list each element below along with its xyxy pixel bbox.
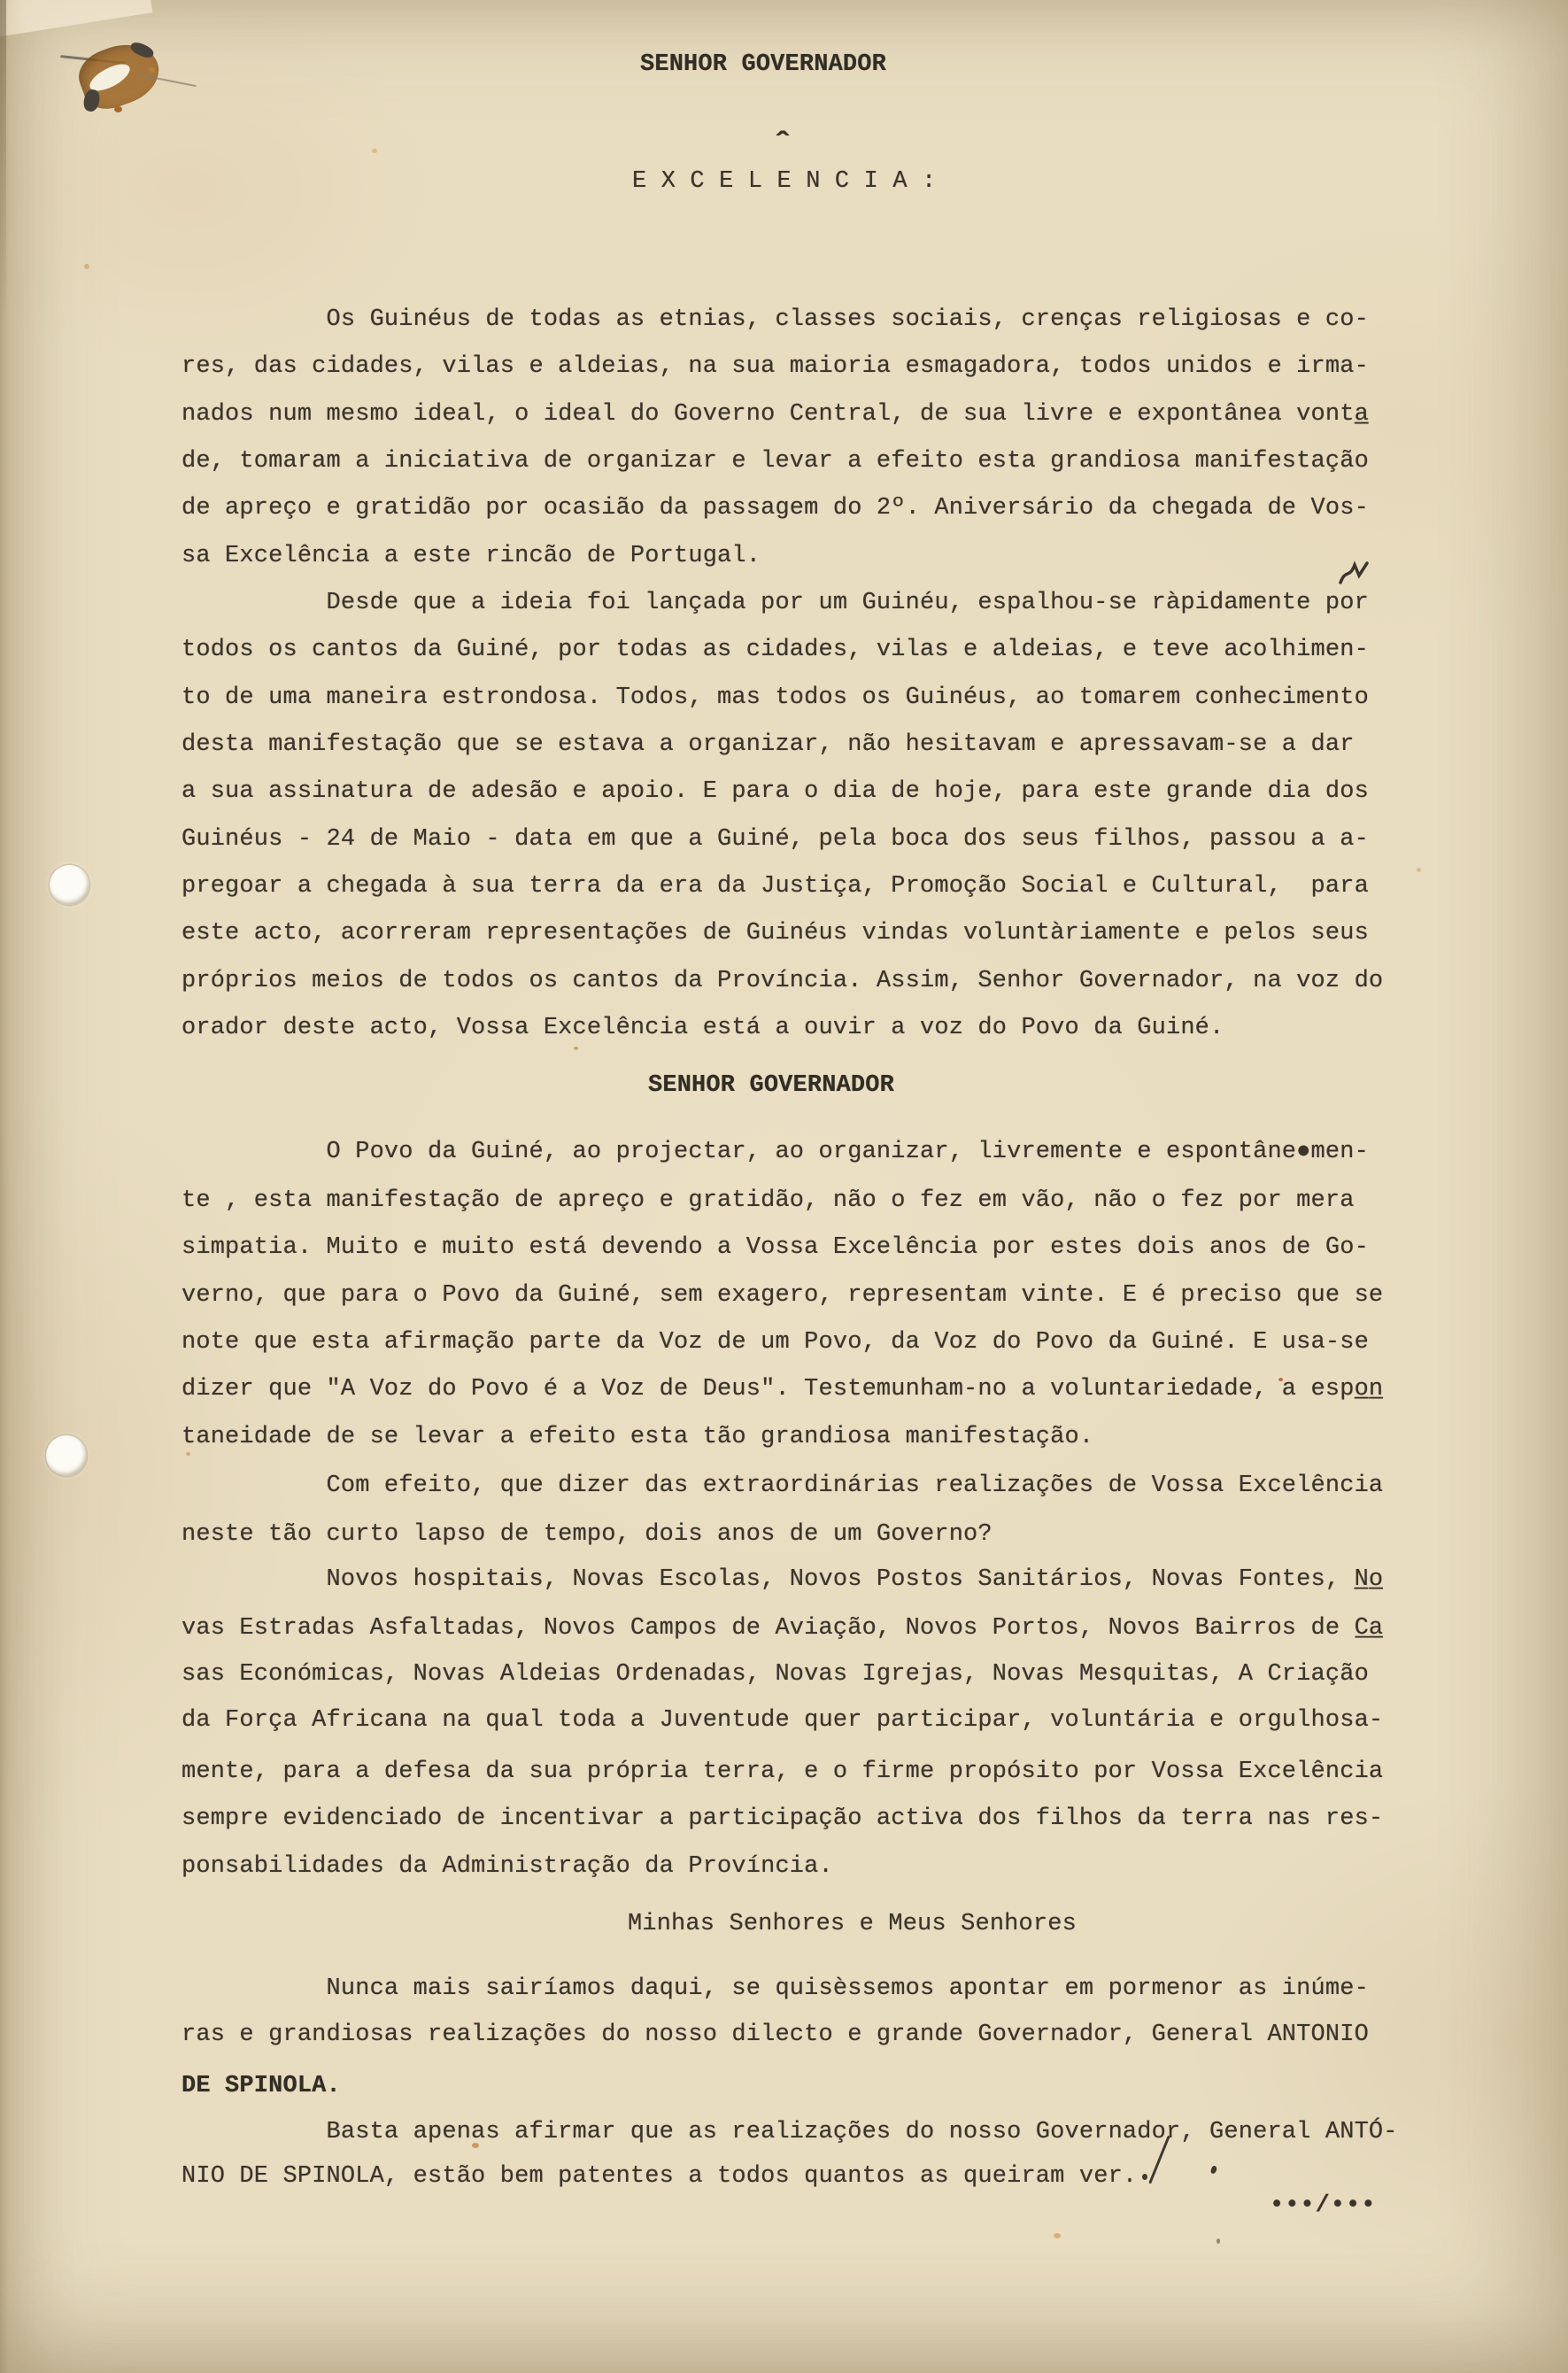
text-line: da Força Africana na qual toda a Juventu…: [182, 1709, 1383, 1733]
text-line: próprios meios de todos os cantos da Pro…: [182, 970, 1383, 993]
text-line: vas Estradas Asfaltadas, Novos Campos de…: [182, 1617, 1383, 1641]
text-line: Novos hospitais, Novas Escolas, Novos Po…: [182, 1568, 1383, 1592]
heading-excelencia: E X C E L E N C I A :: [632, 170, 936, 194]
text-line: a sua assinatura de adesão e apoio. E pa…: [182, 780, 1369, 804]
text-line: sa Excelência a este rincão de Portugal.: [182, 545, 761, 568]
handwritten-dot-3: [1217, 2238, 1220, 2244]
scanned-document-page: SENHOR GOVERNADOR ˆ E X C E L E N C I A …: [0, 0, 1568, 2373]
heading-senhor-governador-top: SENHOR GOVERNADOR: [640, 53, 886, 77]
circumflex-accent: ˆ: [772, 135, 793, 161]
text-line: mente, para a defesa da sua própria terr…: [182, 1760, 1383, 1784]
text-line: orador deste acto, Vossa Excelência está…: [182, 1016, 1224, 1040]
text-line: NIO DE SPINOLA, estão bem patentes a tod…: [182, 2165, 1137, 2189]
text-line: verno, que para o Povo da Guiné, sem exa…: [182, 1284, 1383, 1308]
paper-speck: [186, 1452, 190, 1456]
text-line: ponsabilidades da Administração da Proví…: [182, 1855, 833, 1879]
text-line: O Povo da Guiné, ao projectar, ao organi…: [182, 1140, 1369, 1164]
rust-dot-1: [114, 106, 122, 112]
text-line: de apreço e gratidão por ocasião da pass…: [182, 497, 1369, 521]
paper-speck: [1054, 2233, 1061, 2238]
text-line: Com efeito, que dizer das extraordinária…: [182, 1474, 1383, 1498]
punch-hole-bottom: [46, 1435, 87, 1476]
paper-speck: [574, 1047, 578, 1050]
page-edge-shadow: [0, 0, 6, 319]
text-line: Os Guinéus de todas as etnias, classes s…: [182, 308, 1369, 332]
punch-hole-top: [50, 865, 89, 905]
text-line: ras e grandiosas realizações do nosso di…: [182, 2023, 1369, 2047]
text-line: Desde que a ideia foi lançada por um Gui…: [182, 591, 1369, 615]
handwritten-dot-1: [1142, 2174, 1147, 2180]
paper-speck: [1417, 868, 1421, 872]
text-line: nados num mesmo ideal, o ideal do Govern…: [182, 403, 1369, 427]
heading-senhor-governador-mid: SENHOR GOVERNADOR: [648, 1074, 894, 1098]
paper-speck: [472, 2143, 479, 2148]
page-edge-highlight: [0, 0, 152, 40]
text-line: Guinéus - 24 de Maio - data em que a Gui…: [182, 828, 1369, 852]
text-line: neste tão curto lapso de tempo, dois ano…: [182, 1523, 993, 1547]
text-line: note que esta afirmação parte da Voz de …: [182, 1331, 1369, 1355]
text-line: de, tomaram a iniciativa de organizar e …: [182, 450, 1369, 474]
handwritten-dot-2: [1210, 2165, 1217, 2174]
text-line: este acto, acorreram representações de G…: [182, 922, 1369, 946]
text-line: sas Económicas, Novas Aldeias Ordenadas,…: [182, 1663, 1369, 1687]
text-line: sempre evidenciado de incentivar a parti…: [182, 1807, 1383, 1831]
text-line: Basta apenas afirmar que as realizações …: [182, 2121, 1398, 2145]
text-line: Nunca mais sairíamos daqui, se quisèssem…: [182, 1977, 1369, 2001]
text-line: desta manifestação que se estava a organ…: [182, 733, 1355, 757]
text-line: taneidade de se levar a efeito esta tão …: [182, 1426, 1093, 1449]
text-line: dizer que "A Voz do Povo é a Voz de Deus…: [182, 1378, 1383, 1402]
paper-speck: [1278, 1378, 1283, 1381]
text-line: simpatia. Muito e muito está devendo a V…: [182, 1236, 1369, 1260]
continuation-mark: •••/•••: [1270, 2194, 1376, 2218]
handwritten-mark: [1335, 556, 1374, 593]
text-line: pregoar a chegada à sua terra da era da …: [182, 875, 1369, 899]
text-line: todos os cantos da Guiné, por todas as c…: [182, 638, 1369, 662]
text-line: te , esta manifestação de apreço e grati…: [182, 1189, 1355, 1213]
text-line: to de uma maneira estrondosa. Todos, mas…: [182, 686, 1369, 710]
paper-speck: [84, 264, 89, 269]
heading-minhas-senhores: Minhas Senhores e Meus Senhores: [628, 1913, 1077, 1936]
rust-dot-2: [149, 67, 155, 73]
text-line: res, das cidades, vilas e aldeias, na su…: [182, 355, 1369, 379]
paper-speck: [372, 149, 377, 153]
text-line: DE SPINOLA.: [182, 2075, 341, 2099]
